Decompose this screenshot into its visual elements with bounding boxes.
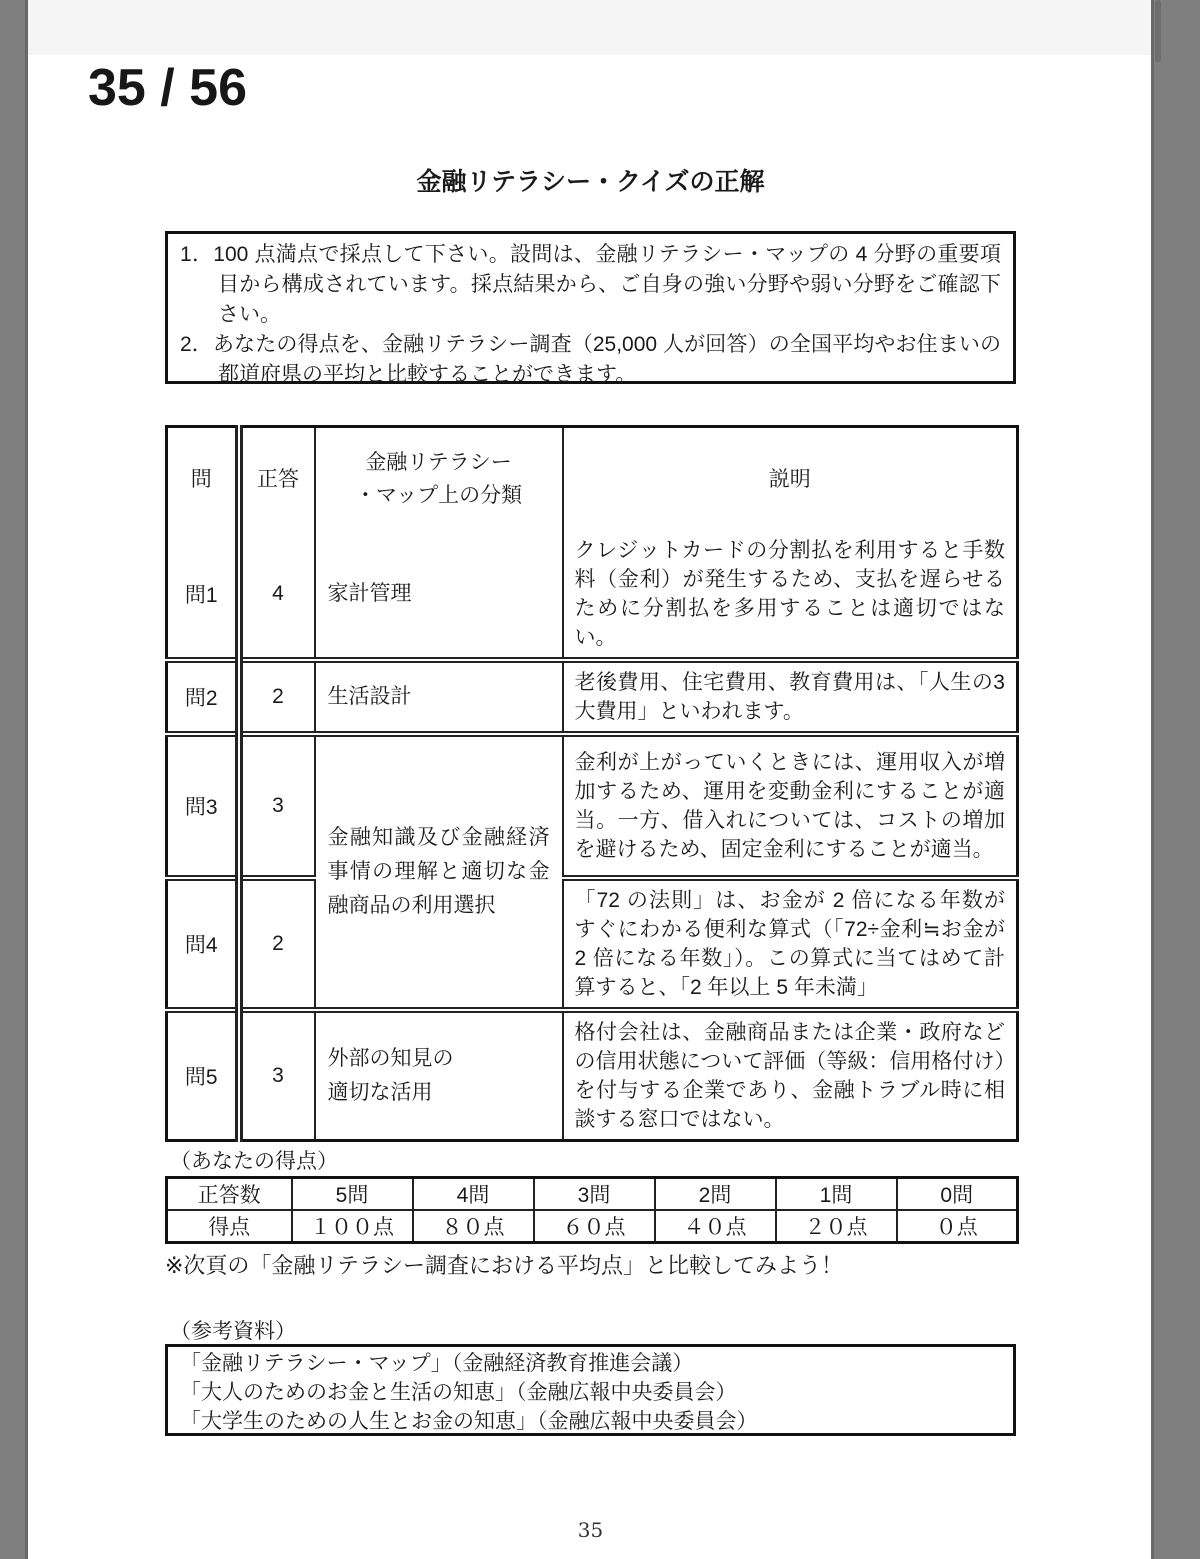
scrollbar-thumb[interactable] (1155, 0, 1161, 62)
table-row: 問5 3 外部の知見の 適切な活用 格付会社は、金融商品または企業・政府などの信… (167, 1010, 1018, 1141)
viewer-header-band (28, 0, 1151, 55)
question-cell: 問4 (167, 878, 239, 1010)
answer-cell: 3 (239, 1010, 315, 1141)
score-cell: １００点 (292, 1210, 413, 1243)
instruction-item-1: 1．100 点満点で採点して下さい。設問は、金融リテラシー・マップの 4 分野の… (180, 240, 1001, 330)
question-cell: 問1 (167, 531, 239, 660)
question-cell: 問3 (167, 734, 239, 878)
instruction-number: 1． (180, 243, 213, 266)
answer-cell: 2 (239, 660, 315, 734)
table-row: 問1 4 家計管理 クレジットカードの分割払を利用すると手数料（金利）が発生する… (167, 531, 1018, 660)
header-description: 説明 (563, 427, 1018, 531)
answer-table: 問 正答 金融リテラシー ・マップ上の分類 説明 問1 4 家計管理 クレジット… (165, 425, 1019, 1142)
category-cell: 家計管理 (315, 531, 563, 660)
score-cell: 2問 (655, 1178, 776, 1211)
category-cell-merged: 金融知識及び金融経済事情の理解と適切な金融商品の利用選択 (315, 734, 563, 1010)
score-cell: 5問 (292, 1178, 413, 1211)
page-indicator: 35 / 56 (88, 58, 247, 118)
score-cell: ８０点 (413, 1210, 534, 1243)
answer-cell: 4 (239, 531, 315, 660)
score-cell: ０点 (897, 1210, 1018, 1243)
score-table: 正答数 5問 4問 3問 2問 1問 0問 得点 １００点 ８０点 ６０点 ４０… (165, 1176, 1019, 1244)
category-cell: 生活設計 (315, 660, 563, 734)
reference-section-label: （参考資料） (170, 1315, 296, 1345)
question-cell: 問2 (167, 660, 239, 734)
table-row: 問4 2 「72 の法則」は、お金が 2 倍になる年数がすぐにわかる便利な算式（… (167, 878, 1018, 1010)
description-cell: 「72 の法則」は、お金が 2 倍になる年数がすぐにわかる便利な算式（「72÷金… (563, 878, 1018, 1010)
reference-item: 「大人のためのお金と生活の知恵」（金融広報中央委員会） (180, 1378, 1001, 1407)
score-cell: ４０点 (655, 1210, 776, 1243)
reference-item: 「金融リテラシー・マップ」（金融経済教育推進会議） (180, 1349, 1001, 1378)
page-edge-line-left (25, 0, 28, 1559)
header-answer: 正答 (239, 427, 315, 531)
score-cell: 3問 (534, 1178, 655, 1211)
header-question: 問 (167, 427, 239, 531)
score-cell: ６０点 (534, 1210, 655, 1243)
score-cell: 0問 (897, 1178, 1018, 1211)
page-title: 金融リテラシー・クイズの正解 (165, 162, 1016, 198)
description-cell: 格付会社は、金融商品または企業・政府などの信用状態について評価（等級：信用格付け… (563, 1010, 1018, 1141)
instruction-text: 100 点満点で採点して下さい。設問は、金融リテラシー・マップの 4 分野の重要… (213, 243, 1001, 326)
score-note: ※次頁の「金融リテラシー調査における平均点」と比較してみよう！ (165, 1249, 843, 1280)
score-cell: 得点 (167, 1210, 292, 1243)
score-section-label: （あなたの得点） (170, 1145, 338, 1175)
instruction-item-2: 2．あなたの得点を、金融リテラシー調査（25,000 人が回答）の全国平均やお住… (180, 330, 1001, 390)
instruction-text: あなたの得点を、金融リテラシー調査（25,000 人が回答）の全国平均やお住まい… (213, 333, 1001, 386)
header-category: 金融リテラシー ・マップ上の分類 (315, 427, 563, 531)
question-cell: 問5 (167, 1010, 239, 1141)
score-cell: ２０点 (776, 1210, 897, 1243)
score-cell: 4問 (413, 1178, 534, 1211)
score-cell: 正答数 (167, 1178, 292, 1211)
score-header-row: 正答数 5問 4問 3問 2問 1問 0問 (167, 1178, 1018, 1211)
description-cell: 老後費用、住宅費用、教育費用は、「人生の3 大費用」といわれます。 (563, 660, 1018, 734)
pdf-viewer: 35 / 56 金融リテラシー・クイズの正解 1．100 点満点で採点して下さい… (0, 0, 1200, 1559)
reference-box: 「金融リテラシー・マップ」（金融経済教育推進会議） 「大人のためのお金と生活の知… (165, 1344, 1016, 1436)
page-number: 35 (165, 1518, 1016, 1542)
table-row: 問2 2 生活設計 老後費用、住宅費用、教育費用は、「人生の3 大費用」といわれ… (167, 660, 1018, 734)
answer-cell: 2 (239, 878, 315, 1010)
table-row: 問3 3 金融知識及び金融経済事情の理解と適切な金融商品の利用選択 金利が上がっ… (167, 734, 1018, 878)
page-edge-line-right (1151, 0, 1154, 1559)
description-cell: 金利が上がっていくときには、運用収入が増加するため、運用を変動金利にすることが適… (563, 734, 1018, 878)
score-cell: 1問 (776, 1178, 897, 1211)
score-value-row: 得点 １００点 ８０点 ６０点 ４０点 ２０点 ０点 (167, 1210, 1018, 1243)
instruction-number: 2． (180, 333, 213, 356)
category-cell: 外部の知見の 適切な活用 (315, 1010, 563, 1141)
reference-item: 「大学生のための人生とお金の知恵」（金融広報中央委員会） (180, 1407, 1001, 1436)
table-header-row: 問 正答 金融リテラシー ・マップ上の分類 説明 (167, 427, 1018, 531)
answer-cell: 3 (239, 734, 315, 878)
instructions-box: 1．100 点満点で採点して下さい。設問は、金融リテラシー・マップの 4 分野の… (165, 231, 1016, 384)
description-cell: クレジットカードの分割払を利用すると手数料（金利）が発生するため、支払を遅らせる… (563, 531, 1018, 660)
